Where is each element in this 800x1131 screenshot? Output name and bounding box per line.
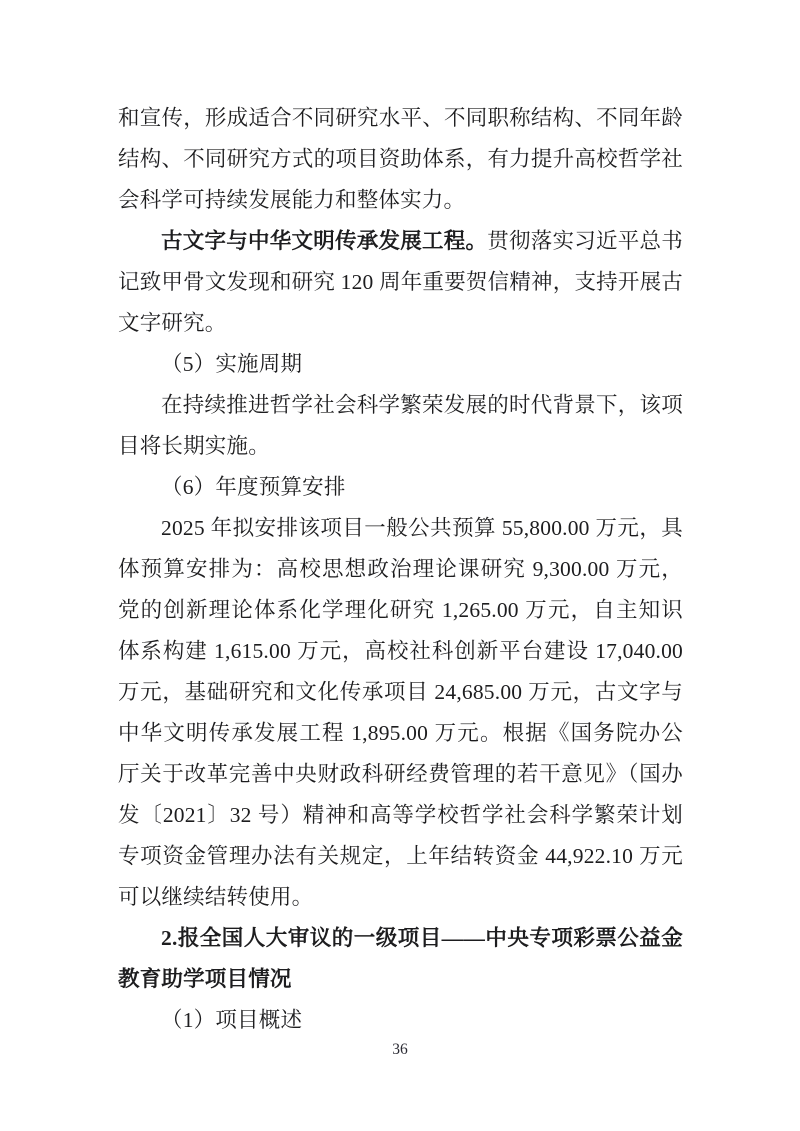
para-ancient-script-project: 古文字与中华文明传承发展工程。贯彻落实习近平总书记致甲骨文发现和研究 120 周… bbox=[118, 221, 683, 344]
paragraph-lead-bold-text: 古文字与中华文明传承发展工程。 bbox=[161, 229, 487, 253]
para-implementation-period-body: 在持续推进哲学社会科学繁荣发展的时代背景下，该项目将长期实施。 bbox=[118, 385, 683, 467]
heading-5-implementation-period: （5）实施周期 bbox=[118, 344, 683, 385]
heading-6-annual-budget: （6）年度预算安排 bbox=[118, 467, 683, 508]
paragraph-text: 在持续推进哲学社会科学繁荣发展的时代背景下，该项目将长期实施。 bbox=[118, 393, 683, 458]
heading-text: （5）实施周期 bbox=[161, 352, 302, 376]
heading-text: （1）项目概述 bbox=[161, 1008, 302, 1032]
paragraph-text: 2025 年拟安排该项目一般公共预算 55,800.00 万元，具体预算安排为：… bbox=[118, 516, 683, 909]
para-project-system-continuation: 和宣传，形成适合不同研究水平、不同职称结构、不同年龄结构、不同研究方式的项目资助… bbox=[118, 98, 683, 221]
heading-1-project-overview: （1）项目概述 bbox=[118, 1000, 683, 1041]
page-number: 36 bbox=[0, 1040, 800, 1060]
document-page: 和宣传，形成适合不同研究水平、不同职称结构、不同年龄结构、不同研究方式的项目资助… bbox=[0, 0, 800, 1131]
paragraph-text: 和宣传，形成适合不同研究水平、不同职称结构、不同年龄结构、不同研究方式的项目资助… bbox=[118, 106, 683, 212]
heading-2-npc-lottery-fund-project: 2.报全国人大审议的一级项目——中央专项彩票公益金教育助学项目情况 bbox=[118, 918, 683, 1000]
heading-bold-text: 2.报全国人大审议的一级项目——中央专项彩票公益金教育助学项目情况 bbox=[118, 926, 683, 991]
document-body: 和宣传，形成适合不同研究水平、不同职称结构、不同年龄结构、不同研究方式的项目资助… bbox=[118, 98, 683, 1041]
heading-text: （6）年度预算安排 bbox=[161, 475, 346, 499]
para-annual-budget-body: 2025 年拟安排该项目一般公共预算 55,800.00 万元，具体预算安排为：… bbox=[118, 508, 683, 918]
